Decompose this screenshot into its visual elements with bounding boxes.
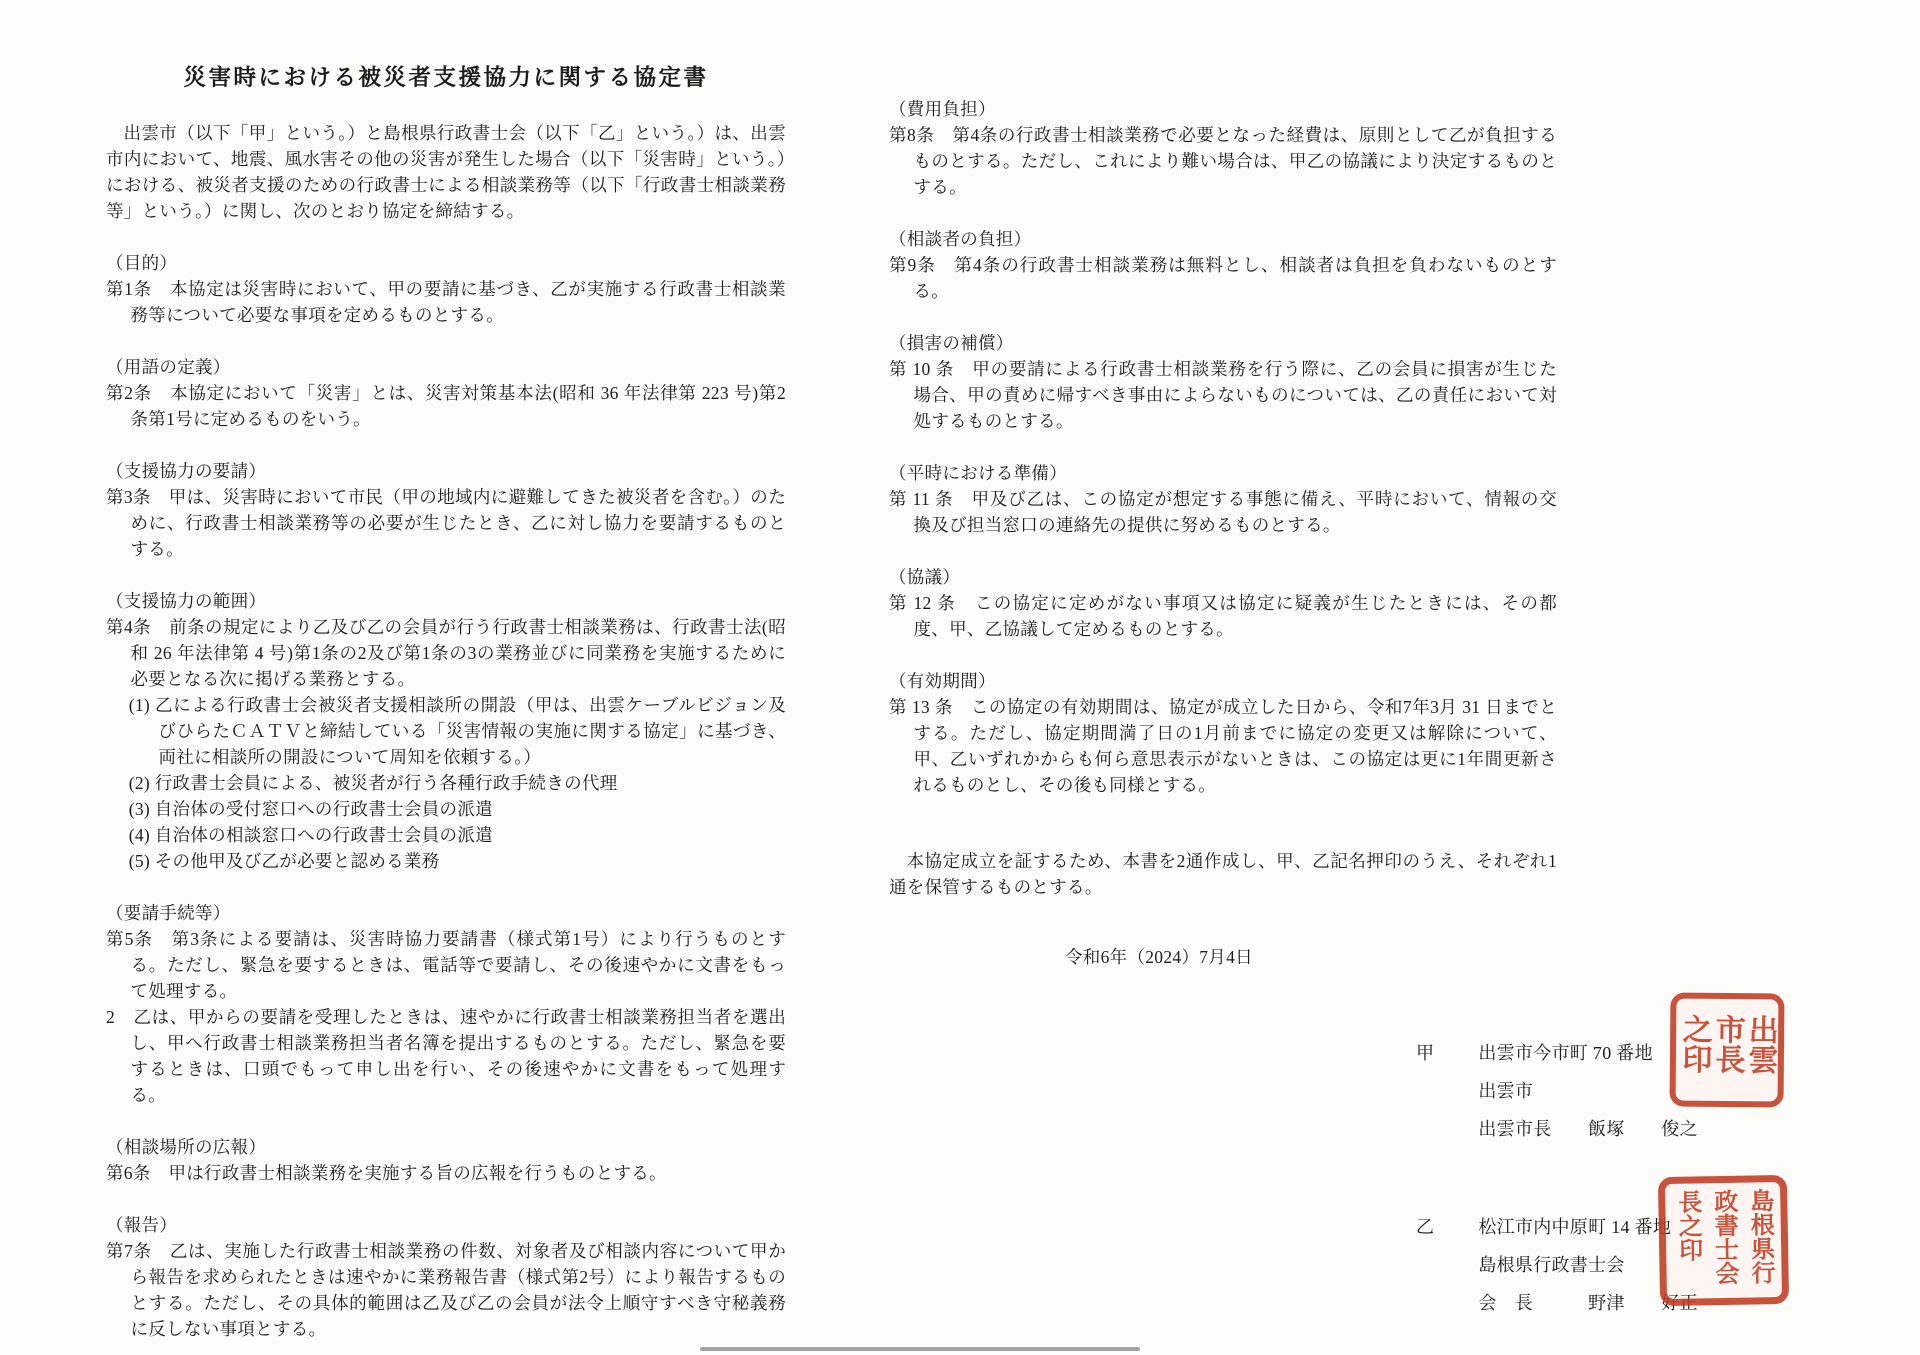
article-9: 第9条 第4条の行政書士相談業務は無料とし、相談者は負担を負わないものとする。 — [889, 252, 1557, 304]
scan-edge-artifact — [700, 1347, 1140, 1351]
section-consultee-burden: （相談者の負担） 第9条 第4条の行政書士相談業務は無料とし、相談者は負担を負わ… — [889, 226, 1557, 304]
section-request-procedure: （要請手続等） 第5条 第3条による要請は、災害時協力要請書（様式第1号）により… — [106, 900, 786, 1108]
party-a-organization: 出雲市 — [1478, 1072, 1698, 1110]
izumo-mayor-seal-stamp-icon: 出雲市長之印 — [1670, 993, 1785, 1108]
party-a-representative: 出雲市長 飯塚 俊之 — [1478, 1110, 1698, 1148]
section-support-request: （支援協力の要請） 第3条 甲は、災害時において市民（甲の地域内に避難してきた被… — [106, 458, 786, 562]
section-damage-compensation: （損害の補償） 第 10 条 甲の要請による行政書士相談業務を行う際に、乙の会員… — [889, 330, 1557, 434]
section-heading: （用語の定義） — [106, 354, 786, 380]
left-column: 災害時における被災者支援協力に関する協定書 出雲市（以下「甲」という。）と島根県… — [106, 62, 786, 1342]
article-4-item-4: (4) 自治体の相談窓口への行政書士会員の派遣 — [106, 822, 786, 848]
article-13: 第 13 条 この協定の有効期間は、協定が成立した日から、令和7年3月 31 日… — [889, 694, 1557, 798]
party-a-lines: 出雲市今市町 70 番地 出雲市 出雲市長 飯塚 俊之 — [1478, 1034, 1698, 1148]
section-consultation: （協議） 第 12 条 この協定に定めがない事項又は協定に疑義が生じたときには、… — [889, 564, 1557, 642]
section-report: （報告） 第7条 乙は、実施した行政書士相談業務の件数、対象者及び相談内容につい… — [106, 1212, 786, 1342]
article-7: 第7条 乙は、実施した行政書士相談業務の件数、対象者及び相談内容について甲から報… — [106, 1238, 786, 1342]
section-heading: （相談者の負担） — [889, 226, 1557, 252]
article-1: 第1条 本協定は災害時において、甲の要請に基づき、乙が実施する行政書士相談業務等… — [106, 276, 786, 328]
article-5-clause-2: 2 乙は、甲からの要請を受理したときは、速やかに行政書士相談業務担当者を選出し、… — [106, 1004, 786, 1108]
section-heading: （有効期間） — [889, 668, 1557, 694]
party-b-label: 乙 — [1416, 1208, 1434, 1322]
section-heading: （支援協力の要請） — [106, 458, 786, 484]
article-4-item-5: (5) その他甲及び乙が必要と認める業務 — [106, 848, 786, 874]
agreement-date: 令和6年（2024）7月4日 — [889, 944, 1557, 970]
article-5: 第5条 第3条による要請は、災害時協力要請書（様式第1号）により行うものとする。… — [106, 926, 786, 1004]
party-a-address: 出雲市今市町 70 番地 — [1478, 1034, 1698, 1072]
section-peacetime-preparation: （平時における準備） 第 11 条 甲及び乙は、この協定が想定する事態に備え、平… — [889, 460, 1557, 538]
scanned-agreement-page: 災害時における被災者支援協力に関する協定書 出雲市（以下「甲」という。）と島根県… — [0, 0, 1920, 1355]
section-publicity: （相談場所の広報） 第6条 甲は行政書士相談業務を実施する旨の広報を行うものとす… — [106, 1134, 786, 1186]
section-heading: （報告） — [106, 1212, 786, 1238]
section-heading: （費用負担） — [889, 96, 1557, 122]
seal-a-text: 出雲市長之印 — [1677, 1014, 1777, 1087]
signature-block-party-b: 乙 松江市内中原町 14 番地 島根県行政書士会 会 長 野津 好正 — [889, 1208, 1557, 1322]
article-4-item-3: (3) 自治体の受付窓口への行政書士会員の派遣 — [106, 796, 786, 822]
section-support-scope: （支援協力の範囲） 第4条 前条の規定により乙及び乙の会員が行う行政書士相談業務… — [106, 588, 786, 874]
article-2: 第2条 本協定において「災害」とは、災害対策基本法(昭和 36 年法律第 223… — [106, 380, 786, 432]
seal-b-text: 島根県行政書士会長之印 — [1669, 1188, 1779, 1294]
section-heading: （平時における準備） — [889, 460, 1557, 486]
document-title: 災害時における被災者支援協力に関する協定書 — [106, 62, 786, 94]
article-4-item-1: (1) 乙による行政書士会被災者支援相談所の開設（甲は、出雲ケーブルビジョン及び… — [106, 692, 786, 770]
section-heading: （支援協力の範囲） — [106, 588, 786, 614]
section-validity-period: （有効期間） 第 13 条 この協定の有効期間は、協定が成立した日から、令和7年… — [889, 668, 1557, 798]
signature-block-party-a: 甲 出雲市今市町 70 番地 出雲市 出雲市長 飯塚 俊之 — [889, 1034, 1557, 1148]
closing-statement: 本協定成立を証するため、本書を2通作成し、甲、乙記名押印のうえ、それぞれ1通を保… — [889, 848, 1557, 900]
section-expenses: （費用負担） 第8条 第4条の行政書士相談業務で必要となった経費は、原則として乙… — [889, 96, 1557, 200]
article-10: 第 10 条 甲の要請による行政書士相談業務を行う際に、乙の会員に損害が生じた場… — [889, 356, 1557, 434]
right-column: （費用負担） 第8条 第4条の行政書士相談業務で必要となった経費は、原則として乙… — [889, 96, 1557, 1322]
article-6: 第6条 甲は行政書士相談業務を実施する旨の広報を行うものとする。 — [106, 1160, 786, 1186]
section-heading: （協議） — [889, 564, 1557, 590]
shimane-gyoseishoshi-chairman-seal-stamp-icon: 島根県行政書士会長之印 — [1658, 1175, 1789, 1306]
preamble: 出雲市（以下「甲」という。）と島根県行政書士会（以下「乙」という。）は、出雲市内… — [106, 120, 786, 224]
article-4: 第4条 前条の規定により乙及び乙の会員が行う行政書士相談業務は、行政書士法(昭和… — [106, 614, 786, 692]
section-heading: （要請手続等） — [106, 900, 786, 926]
article-4-item-2: (2) 行政書士会員による、被災者が行う各種行政手続きの代理 — [106, 770, 786, 796]
article-12: 第 12 条 この協定に定めがない事項又は協定に疑義が生じたときには、その都度、… — [889, 590, 1557, 642]
article-3: 第3条 甲は、災害時において市民（甲の地域内に避難してきた被災者を含む。）のため… — [106, 484, 786, 562]
article-11: 第 11 条 甲及び乙は、この協定が想定する事態に備え、平時において、情報の交換… — [889, 486, 1557, 538]
section-heading: （目的） — [106, 250, 786, 276]
section-definitions: （用語の定義） 第2条 本協定において「災害」とは、災害対策基本法(昭和 36 … — [106, 354, 786, 432]
section-heading: （相談場所の広報） — [106, 1134, 786, 1160]
section-heading: （損害の補償） — [889, 330, 1557, 356]
section-purpose: （目的） 第1条 本協定は災害時において、甲の要請に基づき、乙が実施する行政書士… — [106, 250, 786, 328]
party-a-label: 甲 — [1416, 1034, 1434, 1148]
article-8: 第8条 第4条の行政書士相談業務で必要となった経費は、原則として乙が負担するもの… — [889, 122, 1557, 200]
